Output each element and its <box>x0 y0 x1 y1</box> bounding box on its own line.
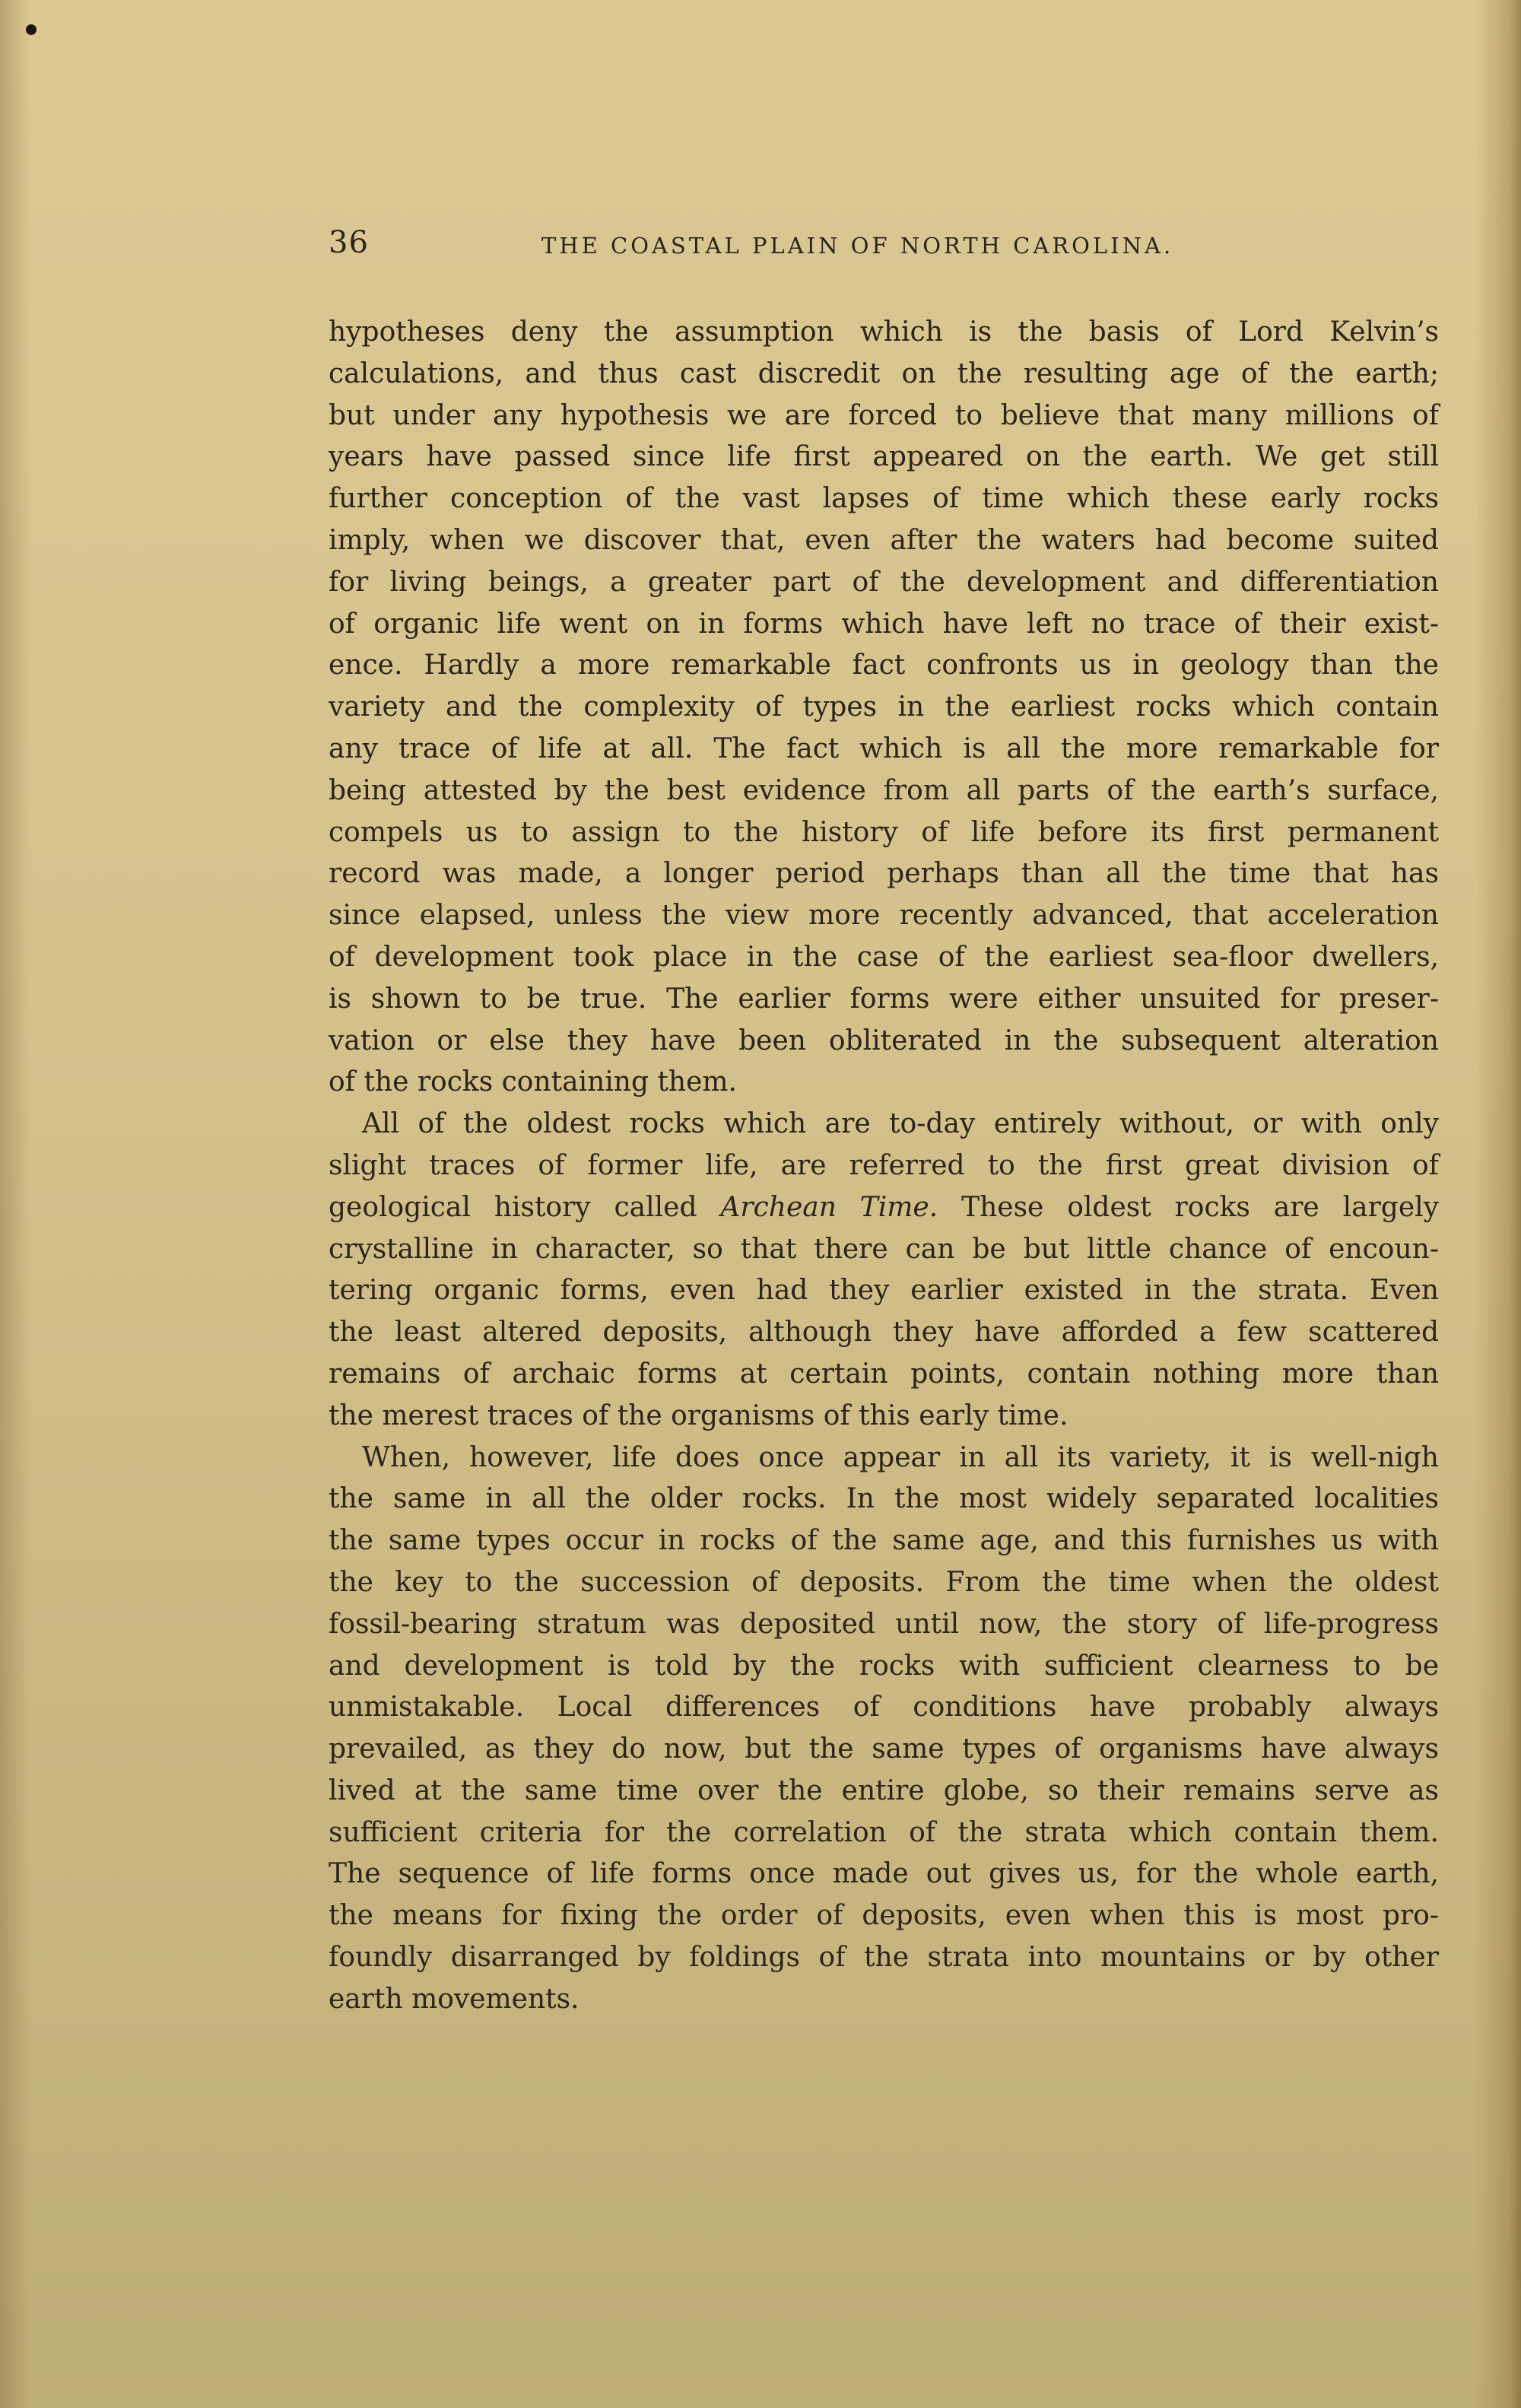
page-number: 36 <box>329 225 369 260</box>
text-line: tering organic forms, even had they earl… <box>329 1270 1439 1312</box>
text-line: the same types occur in rocks of the sam… <box>329 1520 1439 1562</box>
text-line: foundly disarranged by foldings of the s… <box>329 1937 1439 1979</box>
text-line: unmistakable. Local differences of condi… <box>329 1687 1439 1729</box>
italic-term: Archean Time. <box>720 1192 938 1223</box>
text-line: the least altered deposits, although the… <box>329 1312 1439 1354</box>
text-line: sufficient criteria for the correlation … <box>329 1812 1439 1854</box>
text-line: being attested by the best evidence from… <box>329 770 1439 812</box>
text-line: All of the oldest rocks which are to-day… <box>329 1104 1439 1145</box>
text-line: calculations, and thus cast discredit on… <box>329 354 1439 396</box>
text-line: the merest traces of the organisms of th… <box>329 1396 1439 1437</box>
text-line: further conception of the vast lapses of… <box>329 478 1439 520</box>
text-line: but under any hypothesis we are forced t… <box>329 396 1439 437</box>
text-line: of development took place in the case of… <box>329 937 1439 979</box>
text-line: of organic life went on in forms which h… <box>329 604 1439 646</box>
ink-spot <box>26 24 37 35</box>
text-line: the means for fixing the order of deposi… <box>329 1895 1439 1937</box>
text-line: hypotheses deny the assumption which is … <box>329 312 1439 354</box>
text-line: prevailed, as they do now, but the same … <box>329 1729 1439 1771</box>
paragraph-1: hypotheses deny the assumption which is … <box>329 312 1439 1104</box>
text-line: years have passed since life first appea… <box>329 437 1439 478</box>
text-line: slight traces of former life, are referr… <box>329 1145 1439 1187</box>
text-line: compels us to assign to the history of l… <box>329 812 1439 854</box>
text-line: ence. Hardly a more remarkable fact conf… <box>329 645 1439 687</box>
text-line: fossil-bearing stratum was deposited unt… <box>329 1604 1439 1646</box>
body-text: hypotheses deny the assumption which is … <box>329 312 1439 2021</box>
text-line: variety and the complexity of types in t… <box>329 687 1439 729</box>
text-line: When, however, life does once appear in … <box>329 1437 1439 1479</box>
text-line: record was made, a longer period perhaps… <box>329 853 1439 895</box>
paragraph-2: All of the oldest rocks which are to-day… <box>329 1104 1439 1437</box>
text-line: since elapsed, unless the view more rece… <box>329 895 1439 937</box>
text-line: vation or else they have been obliterate… <box>329 1021 1439 1063</box>
text-line: the key to the succession of deposits. F… <box>329 1562 1439 1604</box>
text-line: lived at the same time over the entire g… <box>329 1771 1439 1812</box>
text-line: crystalline in character, so that there … <box>329 1229 1439 1271</box>
paragraph-3: When, however, life does once appear in … <box>329 1437 1439 2021</box>
text-line: of the rocks containing them. <box>329 1062 1439 1104</box>
text-line: imply, when we discover that, even after… <box>329 520 1439 562</box>
text-line: the same in all the older rocks. In the … <box>329 1479 1439 1520</box>
scanned-page: 36 THE COASTAL PLAIN OF NORTH CAROLINA. … <box>0 0 1521 2408</box>
text-line: any trace of life at all. The fact which… <box>329 729 1439 770</box>
text-line: remains of archaic forms at certain poin… <box>329 1354 1439 1396</box>
text-line: earth movements. <box>329 1979 1439 2021</box>
text-line: is shown to be true. The earlier forms w… <box>329 979 1439 1021</box>
text-line: The sequence of life forms once made out… <box>329 1854 1439 1895</box>
text-line-with-italic: geological history called Archean Time. … <box>329 1187 1439 1229</box>
text-line: for living beings, a greater part of the… <box>329 562 1439 604</box>
text-line: and development is told by the rocks wit… <box>329 1646 1439 1688</box>
page-header: 36 THE COASTAL PLAIN OF NORTH CAROLINA. <box>329 225 1454 271</box>
running-head: THE COASTAL PLAIN OF NORTH CAROLINA. <box>541 233 1173 259</box>
